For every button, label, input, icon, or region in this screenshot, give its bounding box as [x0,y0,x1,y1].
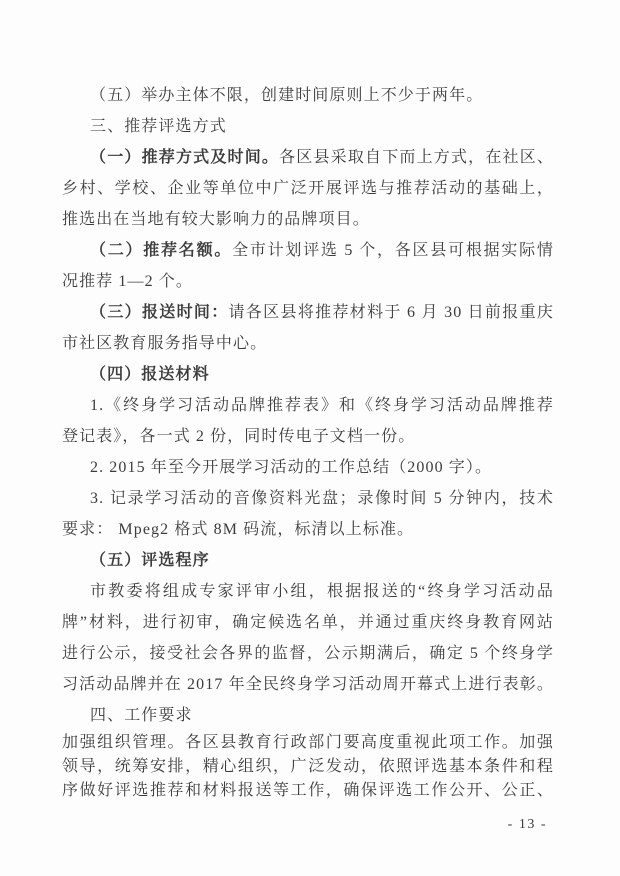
body-text: 序做好评选推荐和材料报送等工作，确保评选工作公开、公正、 [62,782,554,799]
text-line: 市教委将组成专家评审小组，根据报送的“终身学习活动品 [62,576,554,607]
text-line: 牌”材料，进行初审，确定候选名单，并通过重庆终身教育网站 [62,607,554,638]
body-text: （五）举办主体不限，创建时间原则上不少于两年。 [90,87,483,104]
text-line: 加强组织管理。各区县教育行政部门要高度重视此项工作。加强 [62,731,554,755]
body-text: 四、工作要求 [90,707,193,724]
text-line: （五）评选程序 [62,545,554,576]
body-text: 1.《终身学习活动品牌推荐表》和《终身学习活动品牌推荐 [90,397,554,414]
text-line: 习活动品牌并在 2017 年全民终身学习活动周开幕式上进行表彰。 [62,669,554,700]
text-line: 序做好评选推荐和材料报送等工作，确保评选工作公开、公正、 [62,779,554,803]
document-page: （五）举办主体不限，创建时间原则上不少于两年。三、推荐评选方式（一）推荐方式及时… [0,0,620,876]
text-line: 要求： Mpeg2 格式 8M 码流，标清以上标准。 [62,514,554,545]
text-line: 三、推荐评选方式 [62,111,554,142]
text-line: （三）报送时间：请各区县将推荐材料于 6 月 30 日前报重庆 [62,297,554,328]
body-text: 习活动品牌并在 2017 年全民终身学习活动周开幕式上进行表彰。 [62,676,554,693]
body-text: 全市计划评选 5 个，各区县可根据实际情 [232,242,554,259]
text-line: 领导，统筹安排，精心组织，广泛发动，依照评选基本条件和程 [62,755,554,779]
body-text: 进行公示，接受社会各界的监督，公示期满后，确定 5 个终身学 [62,645,554,662]
page-number: - 13 - [508,817,547,833]
text-line: 登记表》，各一式 2 份，同时传电子文档一份。 [62,421,554,452]
body-text: 推选出在当地有较大影响力的品牌项目。 [62,211,370,228]
text-line: 2. 2015 年至今开展学习活动的工作总结（2000 字）。 [62,452,554,483]
text-line: （一）推荐方式及时间。各区县采取自下而上方式，在社区、 [62,142,554,173]
document-page-background: { "document": { "colors": { "paper": "#f… [0,0,620,876]
body-text: 各区县采取自下而上方式，在社区、 [279,149,554,166]
text-line: （二）推荐名额。全市计划评选 5 个，各区县可根据实际情 [62,235,554,266]
text-line: 乡村、学校、企业等单位中广泛开展评选与推荐活动的基础上， [62,173,554,204]
body-text: 三、推荐评选方式 [90,118,227,135]
body-text: 市社区教育服务指导中心。 [62,335,267,352]
body-text: 牌”材料，进行初审，确定候选名单，并通过重庆终身教育网站 [62,614,554,631]
text-line: 1.《终身学习活动品牌推荐表》和《终身学习活动品牌推荐 [62,390,554,421]
document-body: （五）举办主体不限，创建时间原则上不少于两年。三、推荐评选方式（一）推荐方式及时… [62,80,554,803]
bold-heading-text: （一）推荐方式及时间。 [90,149,279,166]
text-line: （五）举办主体不限，创建时间原则上不少于两年。 [62,80,554,111]
body-text: 3. 记录学习活动的音像资料光盘；录像时间 5 分钟内，技术 [90,490,554,507]
text-line: 况推荐 1—2 个。 [62,266,554,297]
body-text: 登记表》，各一式 2 份，同时传电子文档一份。 [62,428,415,445]
bold-heading-text: （四）报送材料 [90,366,210,383]
text-line: 推选出在当地有较大影响力的品牌项目。 [62,204,554,235]
body-text: 况推荐 1—2 个。 [62,273,193,290]
bold-heading-text: （五）评选程序 [90,552,210,569]
body-text: 市教委将组成专家评审小组，根据报送的“终身学习活动品 [90,583,554,600]
body-text: 领导，统筹安排，精心组织，广泛发动，依照评选基本条件和程 [62,758,554,775]
text-line: （四）报送材料 [62,359,554,390]
bold-heading-text: （二）推荐名额。 [90,242,232,259]
body-text: 2. 2015 年至今开展学习活动的工作总结（2000 字）。 [90,459,492,476]
body-text: 请各区县将推荐材料于 6 月 30 日前报重庆 [229,304,554,321]
bold-heading-text: （三）报送时间： [90,304,229,321]
text-line: 3. 记录学习活动的音像资料光盘；录像时间 5 分钟内，技术 [62,483,554,514]
text-line: 四、工作要求 [62,700,554,731]
body-text: 加强组织管理。各区县教育行政部门要高度重视此项工作。加强 [62,734,554,751]
body-text: 要求： Mpeg2 格式 8M 码流，标清以上标准。 [62,521,414,538]
text-line: 进行公示，接受社会各界的监督，公示期满后，确定 5 个终身学 [62,638,554,669]
body-text: 乡村、学校、企业等单位中广泛开展评选与推荐活动的基础上， [62,180,554,197]
text-line: 市社区教育服务指导中心。 [62,328,554,359]
